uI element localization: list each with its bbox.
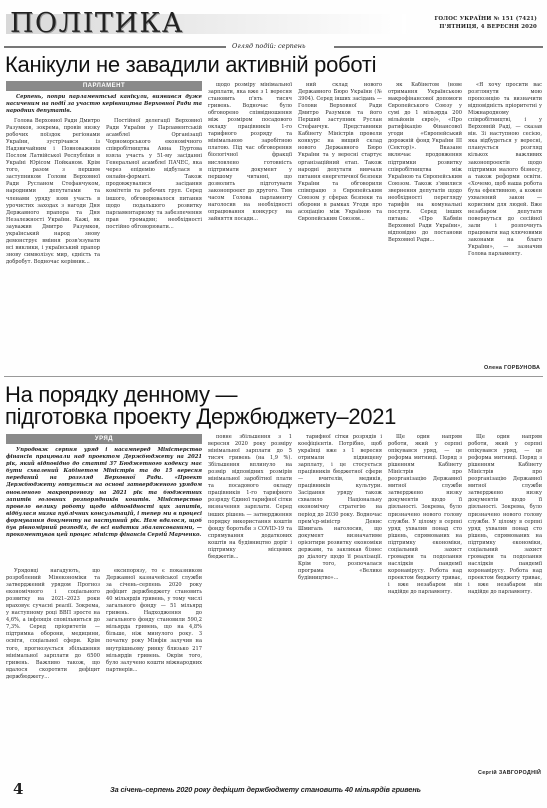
article-1-column-3: щодо розміру мінімальної зарплати, яка в… xyxy=(208,82,292,366)
article-2-section-tag: УРЯД xyxy=(6,434,202,444)
divider-rule-right xyxy=(334,46,543,48)
article-1-headline: Канікули не завадили активній роботі xyxy=(5,53,376,77)
article-2-headline: На порядку денному — підготовка проекту … xyxy=(5,384,396,428)
divider-rule-left xyxy=(4,46,226,48)
page-footer: 4 За січень-серпень 2020 року дефіцит де… xyxy=(0,780,547,802)
article-1-column-5: як Кабінетом (нове отримання Українською… xyxy=(388,82,462,366)
article-1-column-2: Постійної делегації Верховної Ради Украї… xyxy=(106,118,202,366)
section-rubric-title: ПОЛІТИКА xyxy=(10,8,184,39)
issue-number: ГОЛОС УКРАЇНИ № 151 (7421) xyxy=(434,15,537,23)
masthead: ПОЛІТИКА ГОЛОС УКРАЇНИ № 151 (7421) П'ЯТ… xyxy=(6,8,541,36)
page-number: 4 xyxy=(13,780,23,798)
article-1-byline: Олена ГОРБУНОВА xyxy=(484,365,540,371)
article-2-headline-line-2: підготовка проекту Держбюджету–2021 xyxy=(5,406,396,428)
newspaper-page: ПОЛІТИКА ГОЛОС УКРАЇНИ № 151 (7421) П'ЯТ… xyxy=(0,0,547,808)
article-2-column-4: тарифної сітки розрядів і коефіцієнтів. … xyxy=(298,434,382,778)
article-2-headline-line-1: На порядку денному — xyxy=(5,384,396,406)
footer-tagline: За січень-серпень 2020 року дефіцит держ… xyxy=(110,785,421,794)
overview-label: Огляд подій: серпень xyxy=(232,42,305,50)
article-2-column-6: Ще один напрям роботи, який у серпні опі… xyxy=(468,434,542,766)
article-divider xyxy=(4,376,543,377)
article-2-lead: Упродовж серпня уряд і насамперед Мініст… xyxy=(6,447,202,565)
article-2-column-2: ексипорязу, то є показником Державної ка… xyxy=(106,568,202,778)
article-2-column-3: повне збільшення з 1 вересня 2020 року р… xyxy=(208,434,292,778)
article-1-column-4: ний склад нового Державного Бюро України… xyxy=(298,82,382,366)
overview-bar: Огляд подій: серпень xyxy=(4,42,543,52)
issue-date: П'ЯТНИЦЯ, 4 ВЕРЕСНЯ 2020 xyxy=(434,23,537,31)
article-2-column-1: Урядовці нагадують, що розроблений Мінек… xyxy=(6,568,100,778)
article-1-lead: Серпень, попри парламентські канікули, в… xyxy=(6,94,202,115)
article-1-column-1: Голова Верховної Ради Дмитро Разумков, з… xyxy=(6,118,100,366)
article-2-byline: Сергій ЗАВГОРОДНІЙ xyxy=(478,770,541,776)
article-1-column-6: «Я хочу просити вас розглянути мою пропо… xyxy=(468,82,542,340)
article-1-section-tag: ПАРЛАМЕНТ xyxy=(6,81,202,91)
issue-info: ГОЛОС УКРАЇНИ № 151 (7421) П'ЯТНИЦЯ, 4 В… xyxy=(434,15,537,31)
article-2-column-5: Ще один напрям роботи, який у серпні опі… xyxy=(388,434,462,778)
